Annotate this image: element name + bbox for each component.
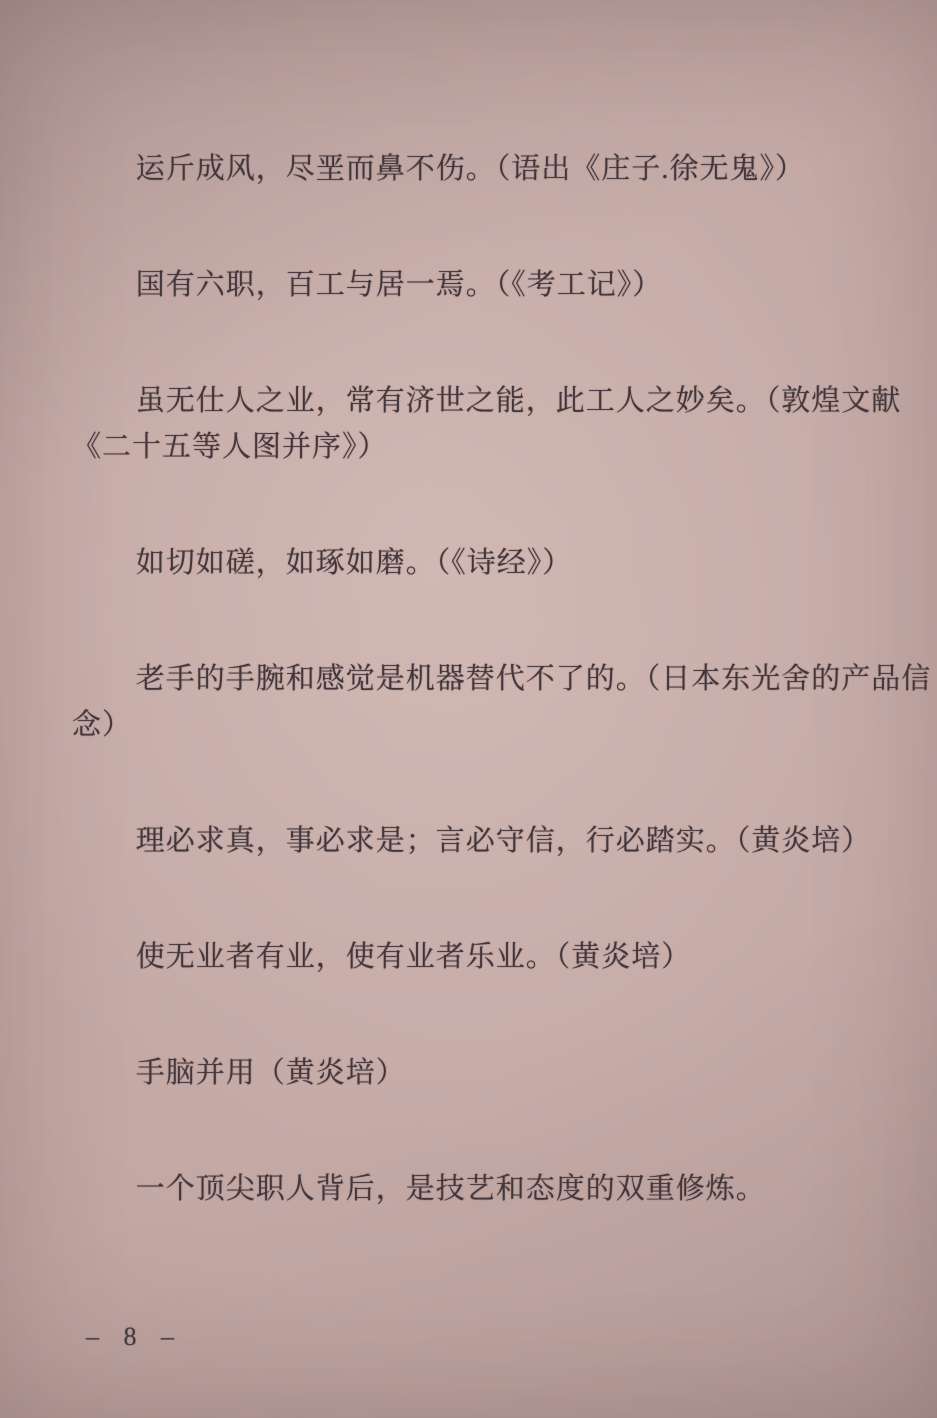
quote-paragraph: 手脑并用（黄炎培） [72,1050,932,1096]
quote-paragraph: 一个顶尖职人背后，是技艺和态度的双重修炼。 [72,1166,932,1212]
quote-paragraph: 老手的手腕和感觉是机器替代不了的。（日本东光舍的产品信念） [72,656,932,748]
quote-paragraph: 虽无仕人之业，常有济世之能，此工人之妙矣。（敦煌文献《二十五等人图并序》） [72,378,932,470]
quotes-list: 运斤成风，尽垩而鼻不伤。（语出《庄子.徐无鬼》） 国有六职，百工与居一焉。（《考… [72,146,932,1282]
quote-paragraph: 使无业者有业，使有业者乐业。（黄炎培） [72,934,932,980]
quote-paragraph: 如切如磋，如琢如磨。（《诗经》） [72,540,932,586]
quote-paragraph: 国有六职，百工与居一焉。（《考工记》） [72,262,932,308]
page-number: – 8 – [86,1322,183,1352]
document-photo: 运斤成风，尽垩而鼻不伤。（语出《庄子.徐无鬼》） 国有六职，百工与居一焉。（《考… [0,0,937,1418]
quote-paragraph: 运斤成风，尽垩而鼻不伤。（语出《庄子.徐无鬼》） [72,146,932,192]
quote-paragraph: 理必求真，事必求是；言必守信，行必踏实。（黄炎培） [72,818,932,864]
